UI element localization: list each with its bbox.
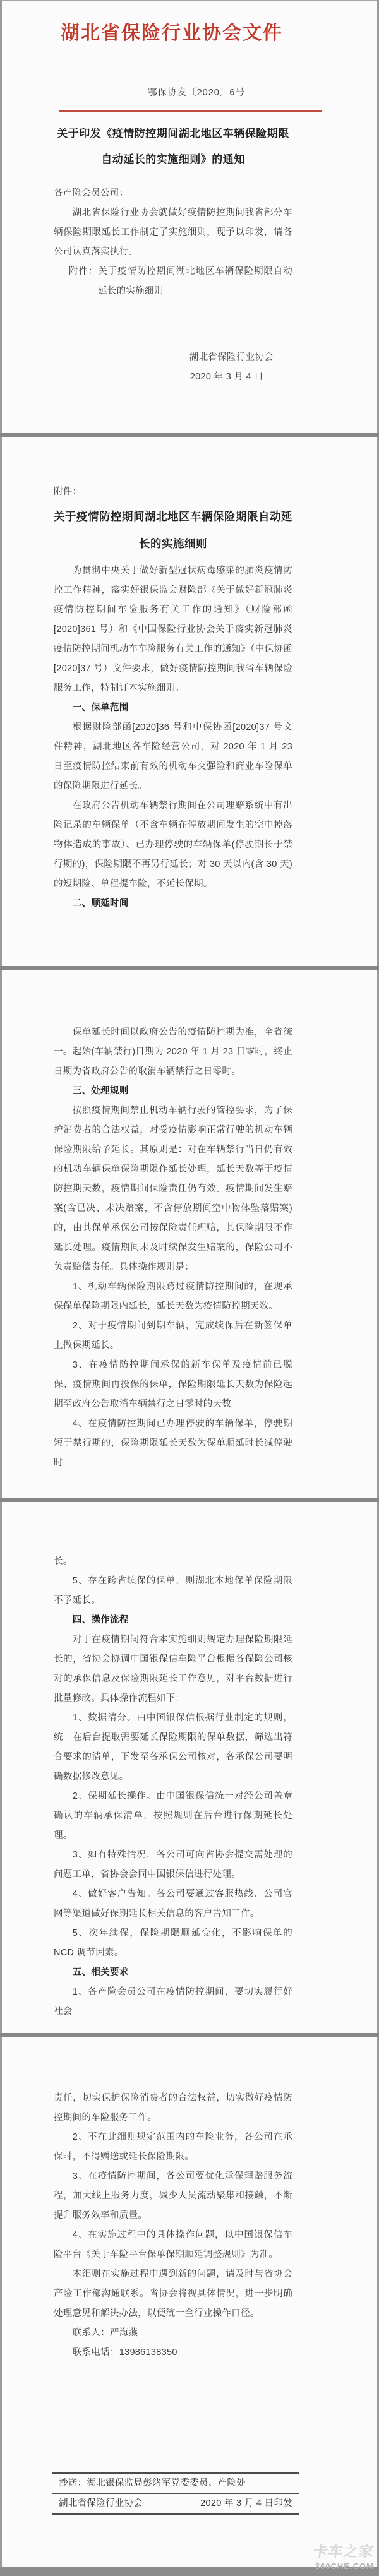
- contact-person: 联系人：严海燕: [54, 2323, 292, 2343]
- paragraph: 3、在疫情防控期间，各公司要优化承保理赔服务流程，加大线上服务力度，减少人员流动…: [54, 2167, 292, 2226]
- paragraph: 保单延长时间以政府公告的疫情防控期为准，全省统一。起始(车辆禁行)日期为 202…: [54, 1023, 292, 1082]
- header-divider-line: [59, 110, 322, 112]
- footer-issuer: 湖北省保险行业协会: [59, 2494, 143, 2513]
- paragraph: 按照疫情期间禁止机动车辆行驶的管控要求，为了保护消费者的合法权益，对受疫情影响正…: [54, 1101, 292, 1277]
- document-page-3: 保单延长时间以政府公告的疫情防控期为准，全省统一。起始(车辆禁行)日期为 202…: [0, 970, 379, 1498]
- footer-print-date: 2020 年 3 月 4 日印发: [200, 2494, 292, 2513]
- paragraph: 在政府公告机动车辆禁行期间在公司理赔系统中有出险记录的车辆保单（不含车辆在停放期…: [54, 796, 292, 894]
- paragraph: 1、数据清分。由中国银保信根据行业制定的规则，统一在后台提取需要延长保险期限的保…: [54, 1708, 292, 1787]
- section-heading-3: 三、处理规则: [54, 1082, 292, 1101]
- page-2-content: 附件：关于疫情防控期间湖北地区车辆保险期限自动延长的实施细则为贯彻中央关于做好新…: [54, 482, 292, 914]
- paragraph: 2、保期延长操作。由中国银保信统一对经公司盖章确认的车辆承保清单，按照规则在后台…: [54, 1787, 292, 1846]
- document-page-5: 责任，切实保护保险消费者的合法权益，切实做好疫情防控期间的车险服务工作。2、不在…: [0, 2037, 379, 2567]
- paragraph: 本细则在实施过程中遇到新的问题，请及时与省协会产险工作部沟通联系。省协会将视具体…: [54, 2265, 292, 2323]
- paragraph: 1、各产险会员公司在疫情防控期间，要切实履行好社会: [54, 1983, 292, 2022]
- paragraph-continued: 责任，切实保护保险消费者的合法权益，切实做好疫情防控期间的车险服务工作。: [54, 2089, 292, 2128]
- bottom-bar: [0, 2567, 379, 2576]
- section-heading-4: 四、操作流程: [54, 1611, 292, 1630]
- section-heading-5: 五、相关要求: [54, 1963, 292, 1983]
- paragraph-continued: 长。: [54, 1552, 292, 1571]
- attachment-label: 附件：: [54, 482, 292, 502]
- footer-print-row: 湖北省保险行业协会 2020 年 3 月 4 日印发: [52, 2494, 299, 2515]
- paragraph: 3、在疫情防控期间承保的新车保单及疫情前已脱保、疫情期间再投保的保单，保险期限延…: [54, 1356, 292, 1414]
- salutation: 各产险会员公司：: [54, 184, 292, 203]
- footer-cc-line: 抄送：湖北银保监局彭绪军党委委员、产险处: [52, 2472, 299, 2494]
- attachment-note: 附件：关于疫情防控期间湖北地区车辆保险期限自动延长的实施细则: [54, 262, 292, 301]
- paragraph: 4、做好客户告知。各公司要通过客服热线、公司官网等渠道做好保期延长相关信息的客户…: [54, 1885, 292, 1924]
- paragraph: 3、如有特殊情况，各公司可向省协会提交需处理的问题工单，省协会会同中国银保信进行…: [54, 1846, 292, 1885]
- document-page-1: 湖北省保险行业协会文件 鄂保协发〔2020〕6号 关于印发《疫情防控期间湖北地区…: [0, 0, 379, 433]
- paragraph: 2、对于疫情期间到期车辆，完成续保后在新签保单上做保期延长。: [54, 1316, 292, 1356]
- section-heading-2: 二、顺延时间: [54, 894, 292, 914]
- page-1-content: 关于印发《疫情防控期间湖北地区车辆保险期限自动延长的实施细则》的通知各产险会员公…: [54, 121, 292, 387]
- paragraph: 为贯彻中央关于做好新型冠状病毒感染的肺炎疫情防控工作精神，落实好银保监会财险部《…: [54, 561, 292, 698]
- page-4-content: 长。5、存在跨省续保的保单，则湖北本地保单保险期限不予延长。四、操作流程对于在疫…: [54, 1552, 292, 2022]
- paragraph: 5、次年续保，保险期限顺延变化，不影响保单的 NCD 调节因素。: [54, 1924, 292, 1963]
- paragraph: 湖北省保险行业协会就做好疫情防控期间我省部分车辆保险期限延长工作制定了实施细则，…: [54, 203, 292, 262]
- notice-title: 关于印发《疫情防控期间湖北地区车辆保险期限自动延长的实施细则》的通知: [54, 121, 292, 172]
- page-3-content: 保单延长时间以政府公告的疫情防控期为准，全省统一。起始(车辆禁行)日期为 202…: [54, 1023, 292, 1473]
- attachment-title: 关于疫情防控期间湖北地区车辆保险期限自动延长的实施细则: [54, 503, 292, 558]
- document-footer: 抄送：湖北银保监局彭绪军党委委员、产险处 湖北省保险行业协会 2020 年 3 …: [52, 2472, 299, 2515]
- document-number: 鄂保协发〔2020〕6号: [56, 86, 337, 100]
- section-heading-1: 一、保单范围: [54, 698, 292, 718]
- paragraph: 4、在实施过程中的具体操作问题，以中国银保信车险平台《关于车险平台保单保期顺延调…: [54, 2226, 292, 2265]
- document-header-title: 湖北省保险行业协会文件: [55, 19, 289, 48]
- document-page-4: 长。5、存在跨省续保的保单，则湖北本地保单保险期限不予延长。四、操作流程对于在疫…: [0, 1502, 379, 2033]
- scanned-document: 湖北省保险行业协会文件 鄂保协发〔2020〕6号 关于印发《疫情防控期间湖北地区…: [0, 0, 379, 2576]
- paragraph: 1、机动车辆保险期限跨过疫情防控期间的，在现承保保单保险期限内延长，延长天数为疫…: [54, 1277, 292, 1316]
- signature-date: 2020 年 3 月 4 日: [54, 367, 292, 387]
- paragraph: 4、在疫情防控期间已办理停驶的车辆保单，停驶期短于禁行期的，保险期限延长天数为保…: [54, 1414, 292, 1473]
- signature-issuer: 湖北省保险行业协会: [54, 348, 292, 367]
- paragraph: 2、不在此细则规定范围内的车险业务，各公司在承保时，不得赠送或延长保险期限。: [54, 2128, 292, 2167]
- document-page-2: 附件：关于疫情防控期间湖北地区车辆保险期限自动延长的实施细则为贯彻中央关于做好新…: [0, 437, 379, 966]
- paragraph: 5、存在跨省续保的保单，则湖北本地保单保险期限不予延长。: [54, 1571, 292, 1611]
- paragraph: 根据财险部函[2020]36 号和中保协函[2020]37 号文件精神，湖北地区…: [54, 718, 292, 796]
- contact-phone: 联系电话：13986138350: [54, 2343, 292, 2363]
- paragraph: 对于在疫情期间符合本实施细则规定办理保险期限延长的，省协会协调中国银保信车险平台…: [54, 1630, 292, 1708]
- page-5-content: 责任，切实保护保险消费者的合法权益，切实做好疫情防控期间的车险服务工作。2、不在…: [54, 2089, 292, 2363]
